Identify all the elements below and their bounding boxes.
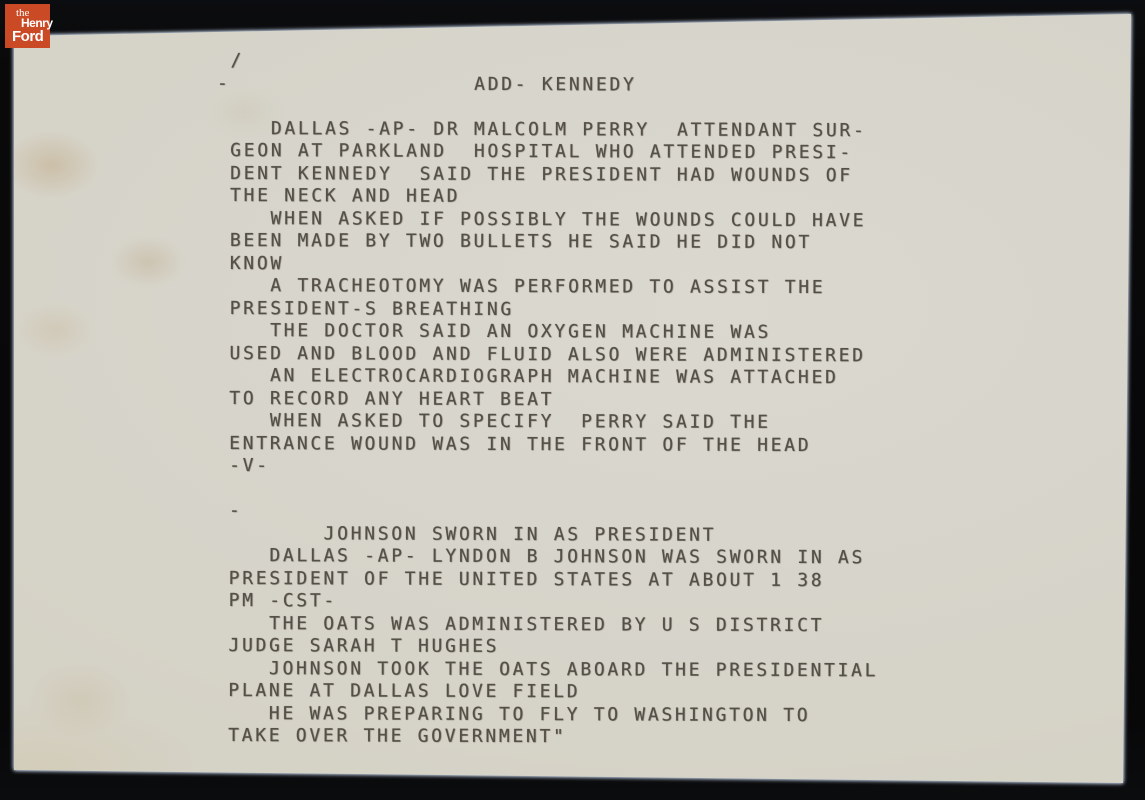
photo-backdrop: / - ADD- KENNEDY DALLAS -AP- DR MALCOLM … [0,0,1145,800]
henry-ford-logo: the Henry Ford [5,4,50,48]
paper-edge-glow: / - ADD- KENNEDY DALLAS -AP- DR MALCOLM … [0,0,1145,800]
logo-word-ford: Ford [12,29,43,44]
teletype-paper: / - ADD- KENNEDY DALLAS -AP- DR MALCOLM … [0,0,1145,800]
typed-wire-text: / - ADD- KENNEDY DALLAS -AP- DR MALCOLM … [215,50,881,750]
